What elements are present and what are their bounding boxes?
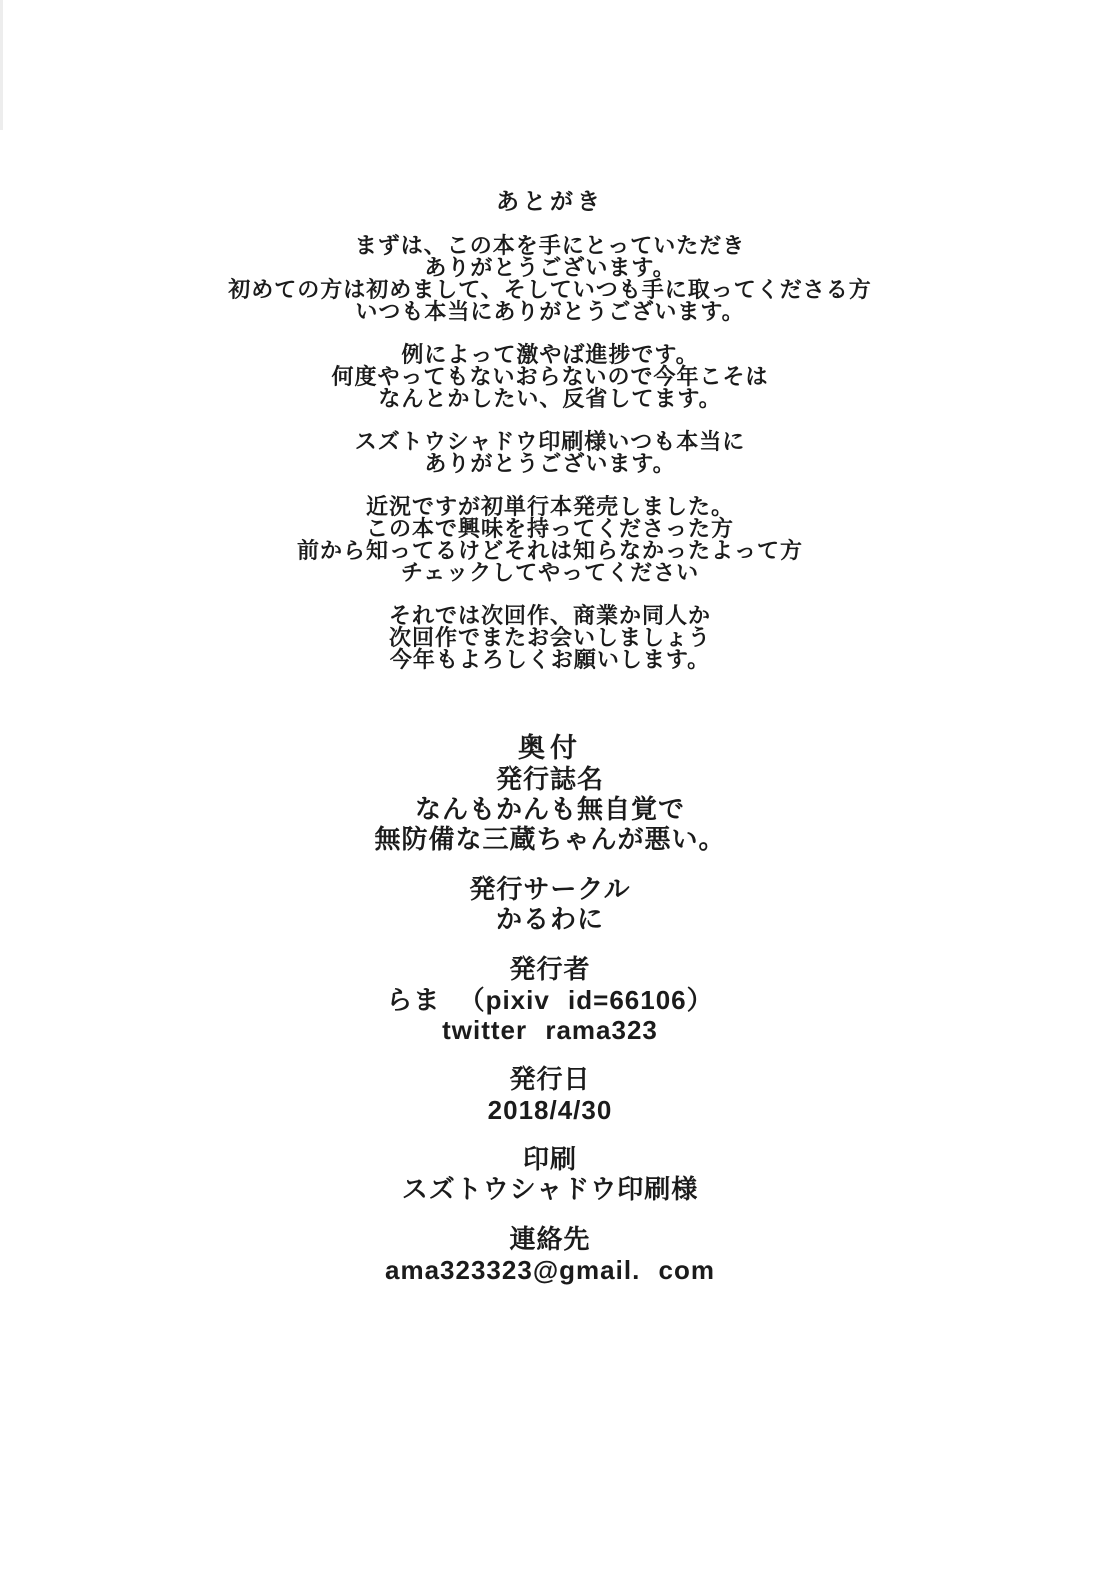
afterword-line: 何度やってもないおらないので今年こそは (0, 366, 1100, 388)
colophon-entry-publisher: 発行者 らま （pixiv id=66106） twitter rama323 (0, 955, 1100, 1045)
afterword-line: 今年もよろしくお願いします。 (0, 649, 1100, 671)
colophon-value-publisher-twitter: twitter rama323 (0, 1015, 1100, 1045)
colophon-value-date: 2018/4/30 (0, 1095, 1100, 1125)
colophon-entry-publication-date: 発行日 2018/4/30 (0, 1065, 1100, 1125)
colophon-label: 発行者 (0, 955, 1100, 985)
colophon-label: 印刷 (0, 1145, 1100, 1175)
afterword-line: いつも本当にありがとうございます。 (0, 301, 1100, 323)
afterword-line: ありがとうございます。 (0, 453, 1100, 475)
colophon-value-book-title: 無防備な三蔵ちゃんが悪い。 (0, 825, 1100, 855)
afterword-paragraph-printer-thanks: スズトウシャドウ印刷様いつも本当に ありがとうございます。 (0, 431, 1100, 475)
afterword-line: 近況ですが初単行本発売しました。 (0, 496, 1100, 518)
colophon-label: 発行日 (0, 1065, 1100, 1095)
afterword-paragraph-farewell: それでは次回作、商業か同人か 次回作でまたお会いしましょう 今年もよろしくお願い… (0, 605, 1100, 671)
afterword-line: スズトウシャドウ印刷様いつも本当に (0, 431, 1100, 453)
afterword-line: 次回作でまたお会いしましょう (0, 627, 1100, 649)
afterword-line: 例によって激やば進捗です。 (0, 344, 1100, 366)
colophon-label: 発行サークル (0, 875, 1100, 905)
scanned-afterword-page: あとがき まずは、この本を手にとっていただき ありがとうございます。 初めての方… (0, 0, 1100, 1578)
afterword-line: なんとかしたい、反省してます。 (0, 388, 1100, 410)
afterword-line: それでは次回作、商業か同人か (0, 605, 1100, 627)
colophon-value-publisher-pixiv: らま （pixiv id=66106） (0, 985, 1100, 1015)
colophon-value-circle-name: かるわに (0, 905, 1100, 935)
colophon-entry-contact: 連絡先 ama323323@gmail. com (0, 1225, 1100, 1285)
colophon-entry-publication-name: 発行誌名 なんもかんも無自覚で 無防備な三蔵ちゃんが悪い。 (0, 765, 1100, 855)
afterword-line: チェックしてやってください (0, 562, 1100, 584)
colophon-label: 発行誌名 (0, 765, 1100, 795)
colophon-entry-circle: 発行サークル かるわに (0, 875, 1100, 935)
afterword-line: まずは、この本を手にとっていただき (0, 235, 1100, 257)
afterword-line: ありがとうございます。 (0, 257, 1100, 279)
afterword-title: あとがき (0, 190, 1100, 214)
colophon-label: 連絡先 (0, 1225, 1100, 1255)
afterword-line: この本で興味を持ってくださった方 (0, 518, 1100, 540)
colophon-value-email: ama323323@gmail. com (0, 1255, 1100, 1285)
colophon-value-book-title: なんもかんも無自覚で (0, 795, 1100, 825)
afterword-line: 初めての方は初めまして、そしていつも手に取ってくださる方 (0, 279, 1100, 301)
afterword-paragraph-progress: 例によって激やば進捗です。 何度やってもないおらないので今年こそは なんとかした… (0, 344, 1100, 410)
colophon-value-printer-name: スズトウシャドウ印刷様 (0, 1175, 1100, 1205)
scan-edge-artifact (0, 0, 3, 130)
afterword-line: 前から知ってるけどそれは知らなかったよって方 (0, 540, 1100, 562)
afterword-paragraph-thanks: まずは、この本を手にとっていただき ありがとうございます。 初めての方は初めまし… (0, 235, 1100, 323)
afterword-paragraph-news: 近況ですが初単行本発売しました。 この本で興味を持ってくださった方 前から知って… (0, 496, 1100, 584)
colophon-title: 奥付 (0, 733, 1100, 763)
colophon-entry-printer: 印刷 スズトウシャドウ印刷様 (0, 1145, 1100, 1205)
